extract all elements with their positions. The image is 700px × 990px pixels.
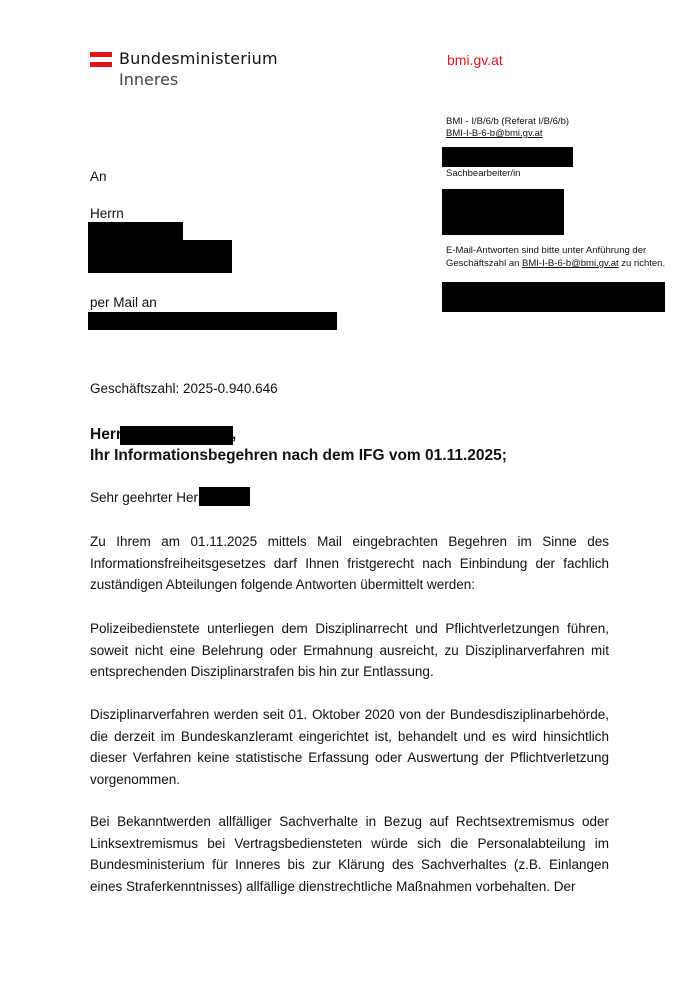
greeting: Sehr geehrter Herr xyxy=(90,487,203,508)
redacted-recipient-name xyxy=(88,222,183,240)
redacted-greeting-name xyxy=(199,487,250,506)
austrian-flag-logo-top-icon xyxy=(90,52,112,57)
website-link[interactable]: bmi.gv.at xyxy=(447,52,503,68)
recipient-via-label: per Mail an xyxy=(90,292,157,313)
redacted-recipient-email xyxy=(88,312,337,330)
redacted-clerk-contact xyxy=(442,189,564,235)
paragraph-4: Bei Bekanntwerden allfälliger Sachverhal… xyxy=(90,811,609,897)
department-email-link[interactable]: BMI-I-B-6-b@bmi.gv.at xyxy=(446,128,543,139)
reply-note-line1: E-Mail-Antworten sind bitte unter Anführ… xyxy=(446,245,646,256)
reply-note-line2: Geschäftszahl an BMI-I-B-6-b@bmi.gv.at z… xyxy=(446,258,665,269)
subject-comma: , xyxy=(232,426,236,444)
paragraph-2: Polizeibedienstete unterliegen dem Diszi… xyxy=(90,618,609,683)
recipient-to-label: An xyxy=(90,166,107,187)
department-label: BMI - I/B/6/b (Referat I/B/6/b) xyxy=(446,116,569,127)
redacted-subject-name xyxy=(120,426,233,445)
recipient-salutation: Herrn xyxy=(90,203,124,224)
clerk-label: Sachbearbeiter/in xyxy=(446,168,520,179)
paragraph-3: Disziplinarverfahren werden seit 01. Okt… xyxy=(90,704,609,790)
subject-line2: Ihr Informationsbegehren nach dem IFG vo… xyxy=(90,447,507,465)
subject-line1: Herr xyxy=(90,426,122,444)
austrian-flag-logo-bottom-icon xyxy=(90,62,112,67)
reference-number: Geschäftszahl: 2025-0.940.646 xyxy=(90,378,278,399)
redacted-clerk-name xyxy=(442,147,573,167)
redacted-reference-block xyxy=(442,282,665,312)
ministry-name: Bundesministerium xyxy=(119,49,278,68)
subject-addressee: Herr xyxy=(90,426,122,443)
reply-note-prefix: Geschäftszahl an xyxy=(446,258,522,269)
paragraph-1: Zu Ihrem am 01.11.2025 mittels Mail eing… xyxy=(90,531,609,596)
reply-note-email-link[interactable]: BMI-I-B-6-b@bmi.gv.at xyxy=(522,258,619,269)
reply-note-suffix: zu richten. xyxy=(619,258,665,269)
redacted-recipient-address xyxy=(88,240,232,273)
ministry-subtitle: Inneres xyxy=(119,70,178,89)
